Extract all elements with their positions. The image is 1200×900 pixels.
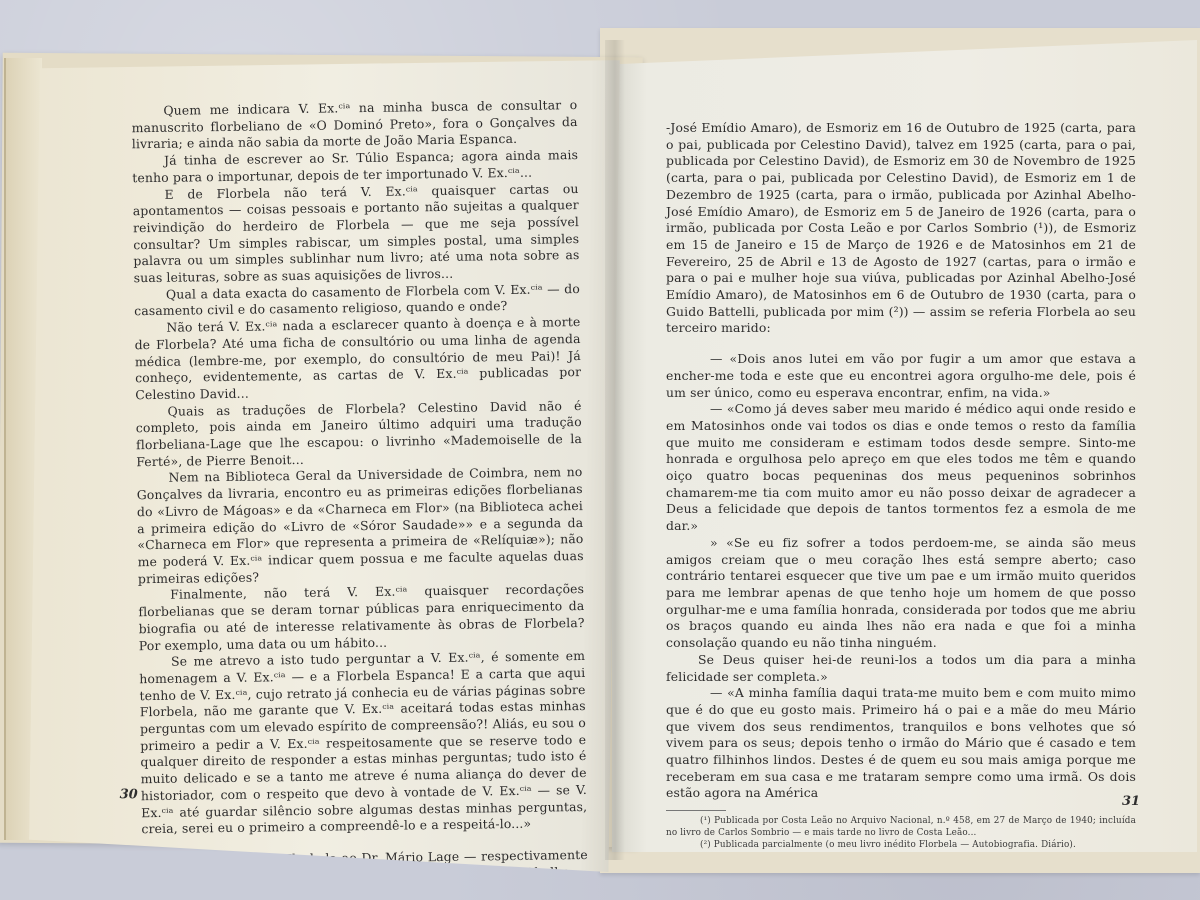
quote-paragraph: » «Se eu fiz sofrer a todos perdoem-me, …: [666, 535, 1136, 652]
book-page-30: Quem me indicara V. Ex.ᶜⁱᵃ na minha busc…: [29, 52, 620, 872]
quote-paragraph: — «A minha família daqui trata-me muito …: [666, 685, 1136, 802]
quote-paragraph: Se Deus quiser hei-de reuni-los a todos …: [666, 652, 1136, 685]
page-30-text: Quem me indicara V. Ex.ᶜⁱᵃ na minha busc…: [131, 97, 588, 886]
page-number: 30: [120, 787, 138, 802]
quote-paragraph: — «Como já deves saber meu marido é médi…: [666, 401, 1136, 535]
body-paragraph: E de Florbela não terá V. Ex.ᶜⁱᵃ quaisqu…: [132, 181, 579, 287]
footnote: (¹) Publicada por Costa Leão no Arquivo …: [666, 815, 1136, 839]
footnote: (²) Publicada parcialmente (o meu livro …: [666, 839, 1136, 851]
book-page-31: -José Emídio Amaro), de Esmoriz em 16 de…: [612, 40, 1197, 852]
page-number: 31: [1122, 794, 1140, 809]
body-paragraph: Quais as traduções de Florbela? Celestin…: [135, 398, 582, 471]
body-paragraph: Finalmente, não terá V. Ex.ᶜⁱᵃ quaisquer…: [138, 581, 585, 654]
body-paragraph: Se me atrevo a isto tudo perguntar a V. …: [139, 648, 588, 838]
quote-paragraph: — «Dois anos lutei em vão por fugir a um…: [666, 351, 1136, 401]
page-31-opening-paragraph: -José Emídio Amaro), de Esmoriz em 16 de…: [666, 120, 1136, 337]
closing-paragraph: Assim se referia Florbela ao Dr. Mário L…: [142, 847, 588, 887]
body-paragraph: Já tinha de escrever ao Sr. Túlio Espanc…: [132, 147, 578, 187]
body-paragraph: Não terá V. Ex.ᶜⁱᵃ nada a esclarecer qua…: [134, 314, 581, 404]
footnote-divider: [666, 810, 726, 811]
page-31-text: -José Emídio Amaro), de Esmoriz em 16 de…: [666, 120, 1136, 851]
book-spine-shadow: [605, 40, 625, 860]
body-paragraph: Nem na Biblioteca Geral da Universidade …: [136, 464, 584, 587]
body-paragraph: Quem me indicara V. Ex.ᶜⁱᵃ na minha busc…: [131, 97, 578, 153]
